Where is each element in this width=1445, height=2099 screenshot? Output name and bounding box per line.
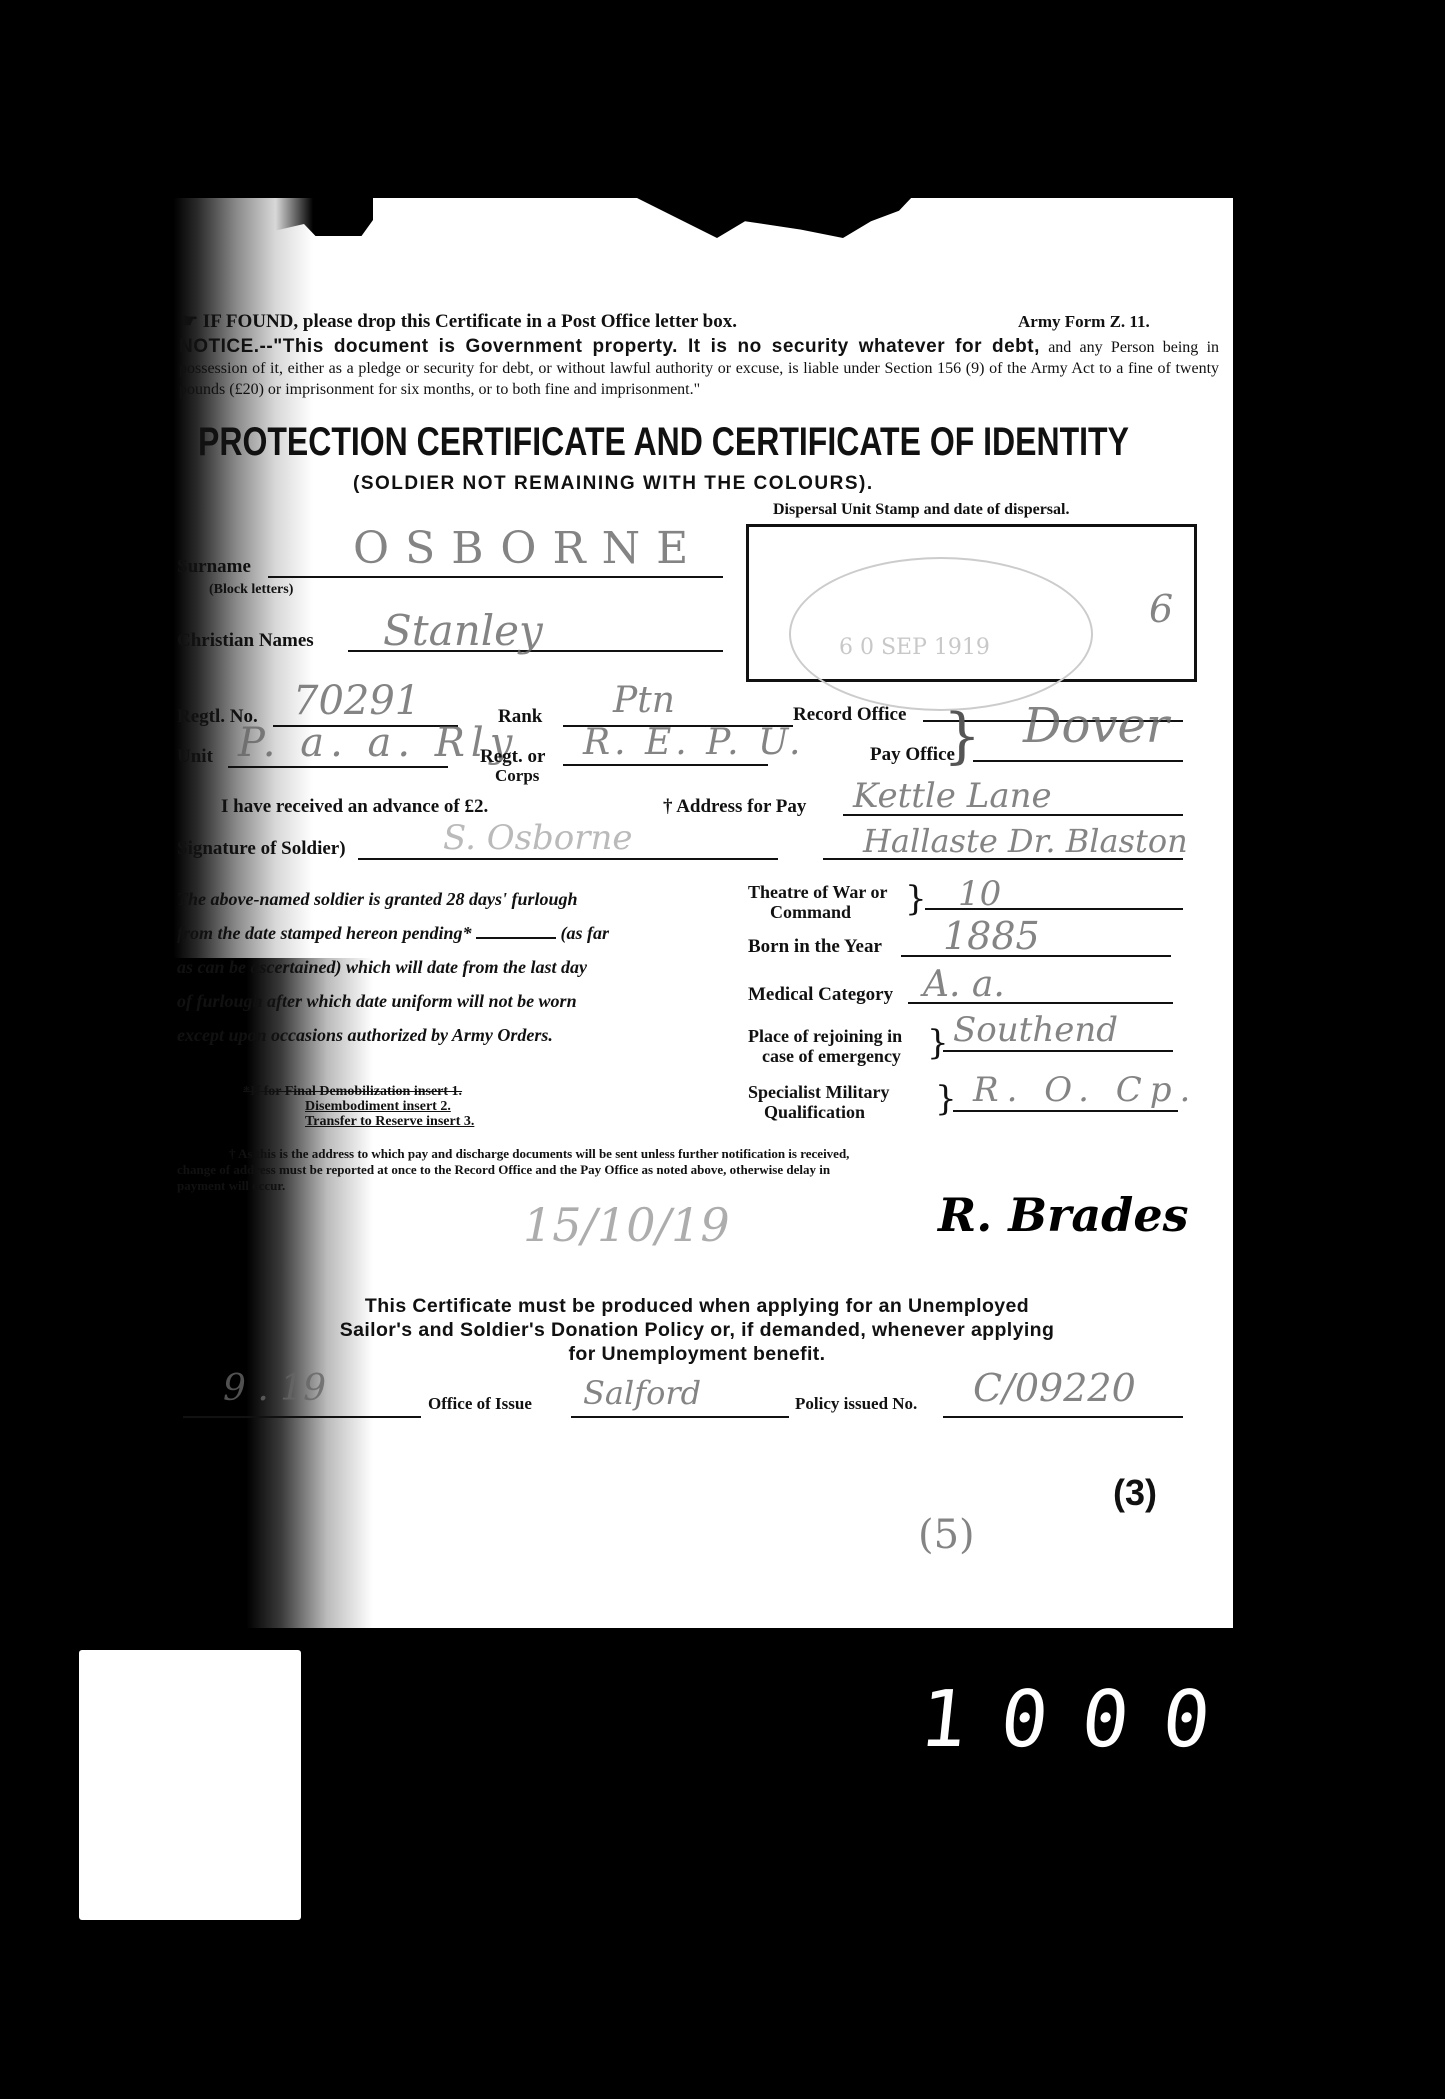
address-footnote: † As this is the address to which pay an… [177,1146,1217,1194]
form-number: Army Form Z. 11. [1018,312,1150,332]
unit-label: Unit [177,746,213,768]
office-of-issue-label: Office of Issue [428,1394,532,1414]
theatre-brace: } [905,882,927,916]
policy-number-value: C/09220 [973,1366,1136,1410]
rejoin-value: Southend [953,1010,1118,1050]
if-found-line: ☛ IF FOUND, please drop this Certificate… [181,310,737,333]
office-of-issue-value: Salford [583,1374,701,1412]
rejoin-label: Place of rejoining in case of emergency [748,1026,902,1066]
theatre-label: Theatre of War or Command [748,882,887,922]
furlough-line-4: of furlough after which date uniform wil… [177,984,609,1018]
surname-line [268,576,723,578]
note-3: Transfer to Reserve insert 3. [243,1114,474,1129]
officer-signature: R. Brades [938,1188,1189,1242]
advance-text: I have received an advance of £2. [221,796,488,818]
pointing-hand-icon: ☛ [181,311,203,332]
regt-line [563,764,768,766]
furlough-line-5: except upon occasions authorized by Army… [177,1018,609,1052]
regtl-no-value: 70291 [293,678,420,724]
note-1: *If for Final Demobilization insert 1. [243,1084,474,1099]
policy-number-label: Policy issued No. [795,1394,917,1414]
date-annotation: 15/10/19 [523,1198,730,1252]
policy-number-line [943,1416,1183,1418]
regt-label: Regt. or [480,746,545,768]
note-2: Disembodiment insert 2. [243,1099,474,1114]
stamp-mark: 6 [1149,587,1173,631]
pay-office-line [973,760,1183,762]
torn-edge-right [633,198,913,238]
address-label: † Address for Pay [663,796,806,818]
furlough-paragraph: The above-named soldier is granted 28 da… [177,882,609,1052]
issue-date-line [183,1416,421,1418]
notice-block: NOTICE.--"This document is Government pr… [179,336,1219,400]
specialist-line [953,1110,1178,1112]
furlough-notes: *If for Final Demobilization insert 1. D… [243,1084,474,1129]
pay-office-value: Dover [1023,698,1169,754]
signature-label: Signature of Soldier) [177,838,346,860]
rejoin-brace: } [927,1026,949,1060]
rank-value: Ptn [613,680,675,721]
record-office-label: Record Office [793,704,906,726]
furlough-line-2: from the date stamped hereon pending* (a… [177,916,609,950]
certificate-page: ☛ IF FOUND, please drop this Certificate… [143,198,1233,1628]
medical-label: Medical Category [748,984,893,1006]
medical-value: A. a. [923,964,1005,1005]
theatre-value: 10 [958,874,1001,914]
document-title: PROTECTION CERTIFICATE AND CERTIFICATE O… [198,420,1129,465]
stamp-circle [789,557,1093,711]
film-frame-number: 1000 [915,1675,1248,1765]
page-mark: (3) [1113,1472,1157,1514]
surname-value: OSBORNE [353,523,704,574]
unit-value: P. a. a. Rly [238,720,518,766]
born-value: 1885 [943,914,1040,958]
surname-label: Surname [177,556,251,578]
rejoin-line [943,1050,1173,1052]
corps-label: Corps [495,766,539,786]
specialist-value: R. O. Cp. [973,1070,1198,1110]
dispersal-stamp-box: 6 0 SEP 1919 6 [746,524,1197,682]
address-value-1: Kettle Lane [853,776,1052,816]
stamp-date: 6 0 SEP 1919 [839,635,990,660]
film-white-target [79,1650,301,1920]
document-subtitle: (SOLDIER NOT REMAINING WITH THE COLOURS)… [353,473,874,495]
born-label: Born in the Year [748,936,882,958]
unit-line [228,766,448,768]
dispersal-label: Dispersal Unit Stamp and date of dispers… [773,501,1069,519]
christian-names-value: Stanley [383,606,543,655]
christian-names-label: Christian Names [177,630,314,652]
address-value-2: Hallaste Dr. Blaston [863,822,1188,860]
specialist-label: Specialist Military Qualification [748,1082,889,1122]
unemployment-notice: This Certificate must be produced when a… [177,1294,1217,1366]
pay-office-brace: } [943,706,981,766]
issue-date-value: 9 . 19 [223,1368,326,1409]
furlough-line-3: as can be ascertained) which will date f… [177,950,609,984]
number-annotation: (5) [918,1512,975,1558]
regt-value: R. E. P. U. [583,722,804,763]
surname-sublabel: (Block letters) [209,582,293,598]
signature-value: S. Osborne [443,818,633,858]
furlough-line-1: The above-named soldier is granted 28 da… [177,882,609,916]
office-of-issue-line [571,1416,789,1418]
signature-line [358,858,778,860]
scan-shadow-lower [143,958,373,1628]
